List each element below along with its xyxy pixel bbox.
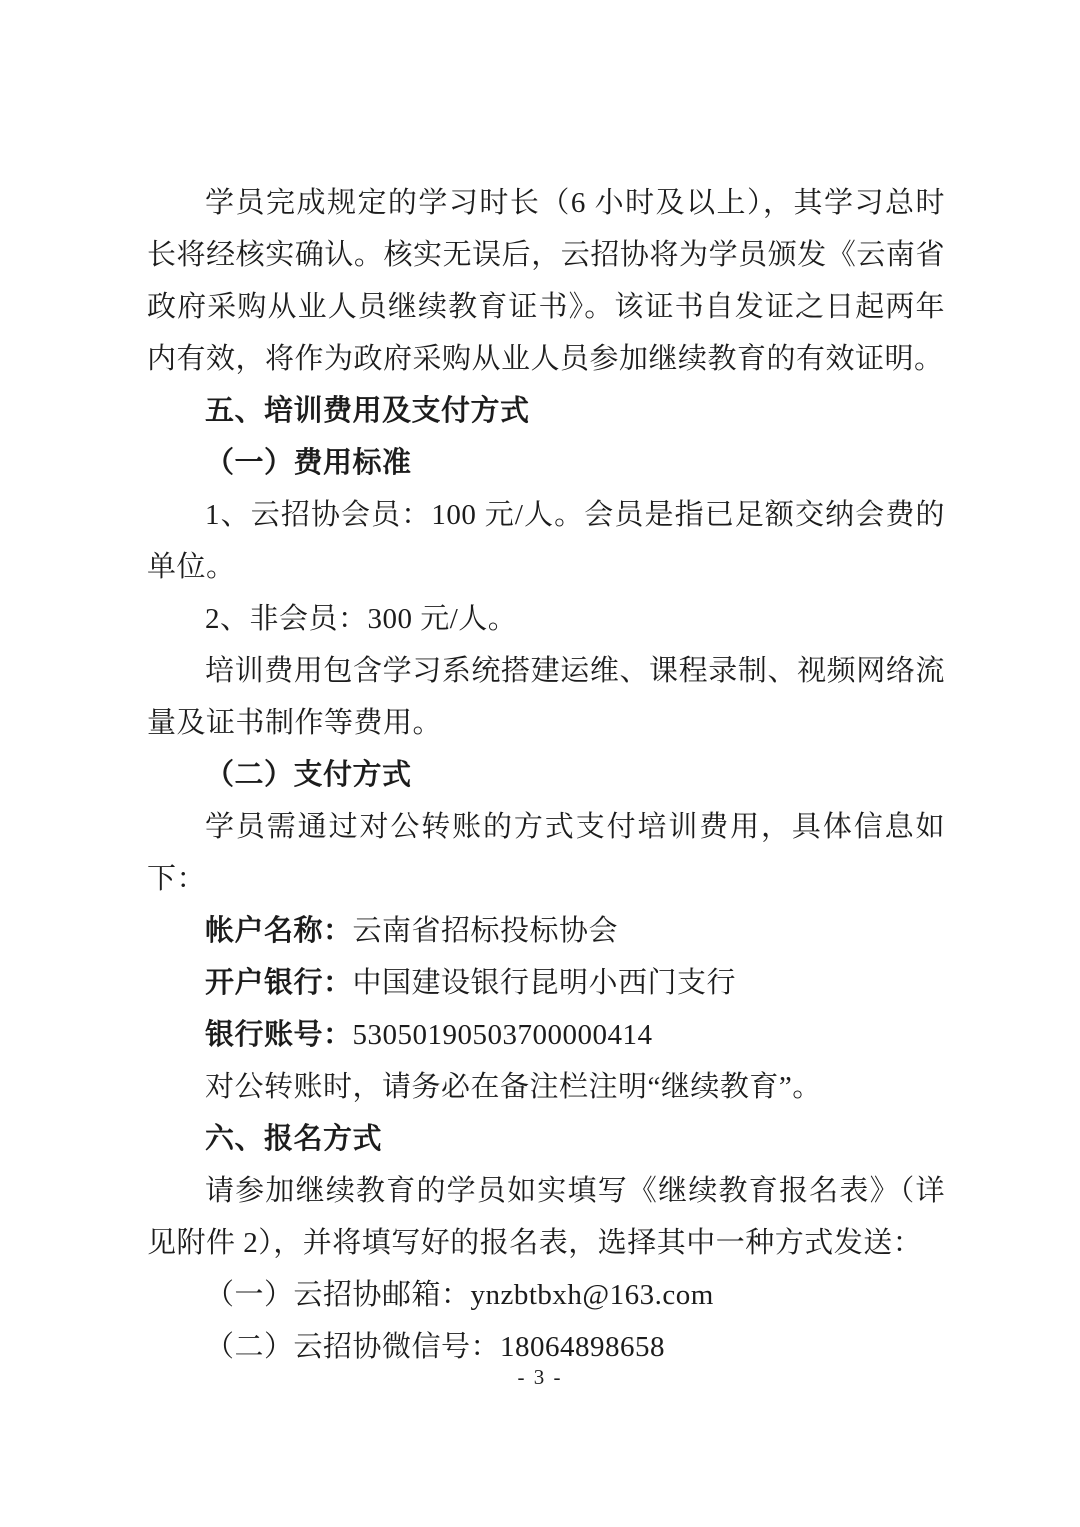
- paragraph-study-hours-certificate: 学员完成规定的学习时长（6 小时及以上），其学习总时长将经核实确认。核实无误后，…: [147, 177, 945, 385]
- field-bank-name-value: 中国建设银行昆明小西门支行: [353, 967, 737, 999]
- section-heading-training-fees: 五、培训费用及支付方式: [147, 385, 945, 437]
- field-bank-account-number-label: 银行账号：: [205, 1019, 353, 1051]
- document-content: 学员完成规定的学习时长（6 小时及以上），其学习总时长将经核实确认。核实无误后，…: [147, 177, 945, 1373]
- paragraph-member-fee: 1、云招协会员：100 元/人。会员是指已足额交纳会费的单位。: [147, 489, 945, 593]
- subsection-heading-fee-standard: （一）费用标准: [147, 437, 945, 489]
- field-bank-name: 开户银行：中国建设银行昆明小西门支行: [147, 957, 945, 1009]
- paragraph-registration-email: （一）云招协邮箱：ynzbtbxh@163.com: [147, 1269, 945, 1321]
- paragraph-nonmember-fee: 2、非会员：300 元/人。: [147, 593, 945, 645]
- paragraph-fee-coverage: 培训费用包含学习系统搭建运维、课程录制、视频网络流量及证书制作等费用。: [147, 645, 945, 749]
- field-bank-name-label: 开户银行：: [205, 967, 353, 999]
- field-bank-account-number-value: 53050190503700000414: [353, 1019, 653, 1051]
- field-bank-account-number: 银行账号：53050190503700000414: [147, 1009, 945, 1061]
- field-account-name-label: 帐户名称：: [205, 915, 353, 947]
- page-number: - 3 -: [0, 1362, 1080, 1392]
- section-heading-registration: 六、报名方式: [147, 1113, 945, 1165]
- paragraph-payment-intro: 学员需通过对公转账的方式支付培训费用，具体信息如下：: [147, 801, 945, 905]
- document-page: 学员完成规定的学习时长（6 小时及以上），其学习总时长将经核实确认。核实无误后，…: [0, 0, 1080, 1527]
- paragraph-transfer-remark: 对公转账时，请务必在备注栏注明“继续教育”。: [147, 1061, 945, 1113]
- field-account-name: 帐户名称：云南省招标投标协会: [147, 905, 945, 957]
- field-account-name-value: 云南省招标投标协会: [353, 915, 619, 947]
- subsection-heading-payment-method: （二）支付方式: [147, 749, 945, 801]
- paragraph-registration-form: 请参加继续教育的学员如实填写《继续教育报名表》（详见附件 2），并将填写好的报名…: [147, 1165, 945, 1269]
